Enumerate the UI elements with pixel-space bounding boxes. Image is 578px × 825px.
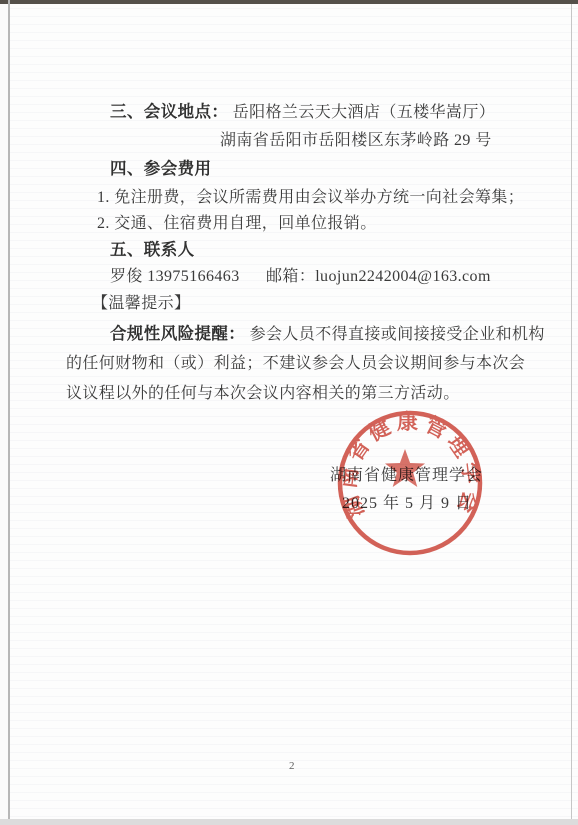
notice-line2: 的任何财物和（或）利益；不建议参会人员会议期间参与本次会 xyxy=(66,354,525,374)
notice-warning-label: 合规性风险提醒： xyxy=(110,325,245,343)
notice-title: 【温馨提示】 xyxy=(92,294,190,314)
notice-line1: 合规性风险提醒： 参会人员不得直接或间接接受企业和机构 xyxy=(110,324,545,345)
section-contact-info: 罗俊 13975166463 邮箱：luojun2242004@163.com xyxy=(110,267,491,287)
section-fees-heading: 四、参会费用 xyxy=(110,159,211,179)
section-location-address: 湖南省岳阳市岳阳楼区东茅岭路 29 号 xyxy=(220,131,492,151)
scan-top-edge xyxy=(0,0,578,4)
section-fees-item2: 2. 交通、住宿费用自理，回单位报销。 xyxy=(97,214,377,234)
notice-line3: 议议程以外的任何与本次会议内容相关的第三方活动。 xyxy=(66,384,460,404)
section-location-line1: 三、会议地点： 岳阳格兰云天大酒店（五楼华嵩厅） xyxy=(110,102,495,123)
section-contact-heading: 五、联系人 xyxy=(110,240,195,260)
signature-organization: 湖南省健康管理学会 xyxy=(330,462,483,485)
section-location-heading: 三、会议地点： xyxy=(110,103,228,121)
signature-date: 2025 年 5 月 9 日 xyxy=(342,490,472,513)
scan-right-edge-line xyxy=(571,4,572,825)
scan-left-margin xyxy=(0,0,8,825)
contact-email: 邮箱：luojun2242004@163.com xyxy=(266,268,491,285)
notice-warning-text: 参会人员不得直接或间接接受企业和机构 xyxy=(250,326,545,343)
contact-name-phone: 罗俊 13975166463 xyxy=(110,268,240,285)
section-fees-item1: 1. 免注册费，会议所需费用由会议举办方统一向社会筹集； xyxy=(97,188,524,208)
scan-bottom-edge xyxy=(0,819,578,825)
scanned-document-page: 三、会议地点： 岳阳格兰云天大酒店（五楼华嵩厅） 湖南省岳阳市岳阳楼区东茅岭路 … xyxy=(0,0,578,825)
section-location-venue: 岳阳格兰云天大酒店（五楼华嵩厅） xyxy=(233,104,495,121)
scan-left-edge-line xyxy=(8,0,10,825)
page-number: 2 xyxy=(289,760,295,772)
